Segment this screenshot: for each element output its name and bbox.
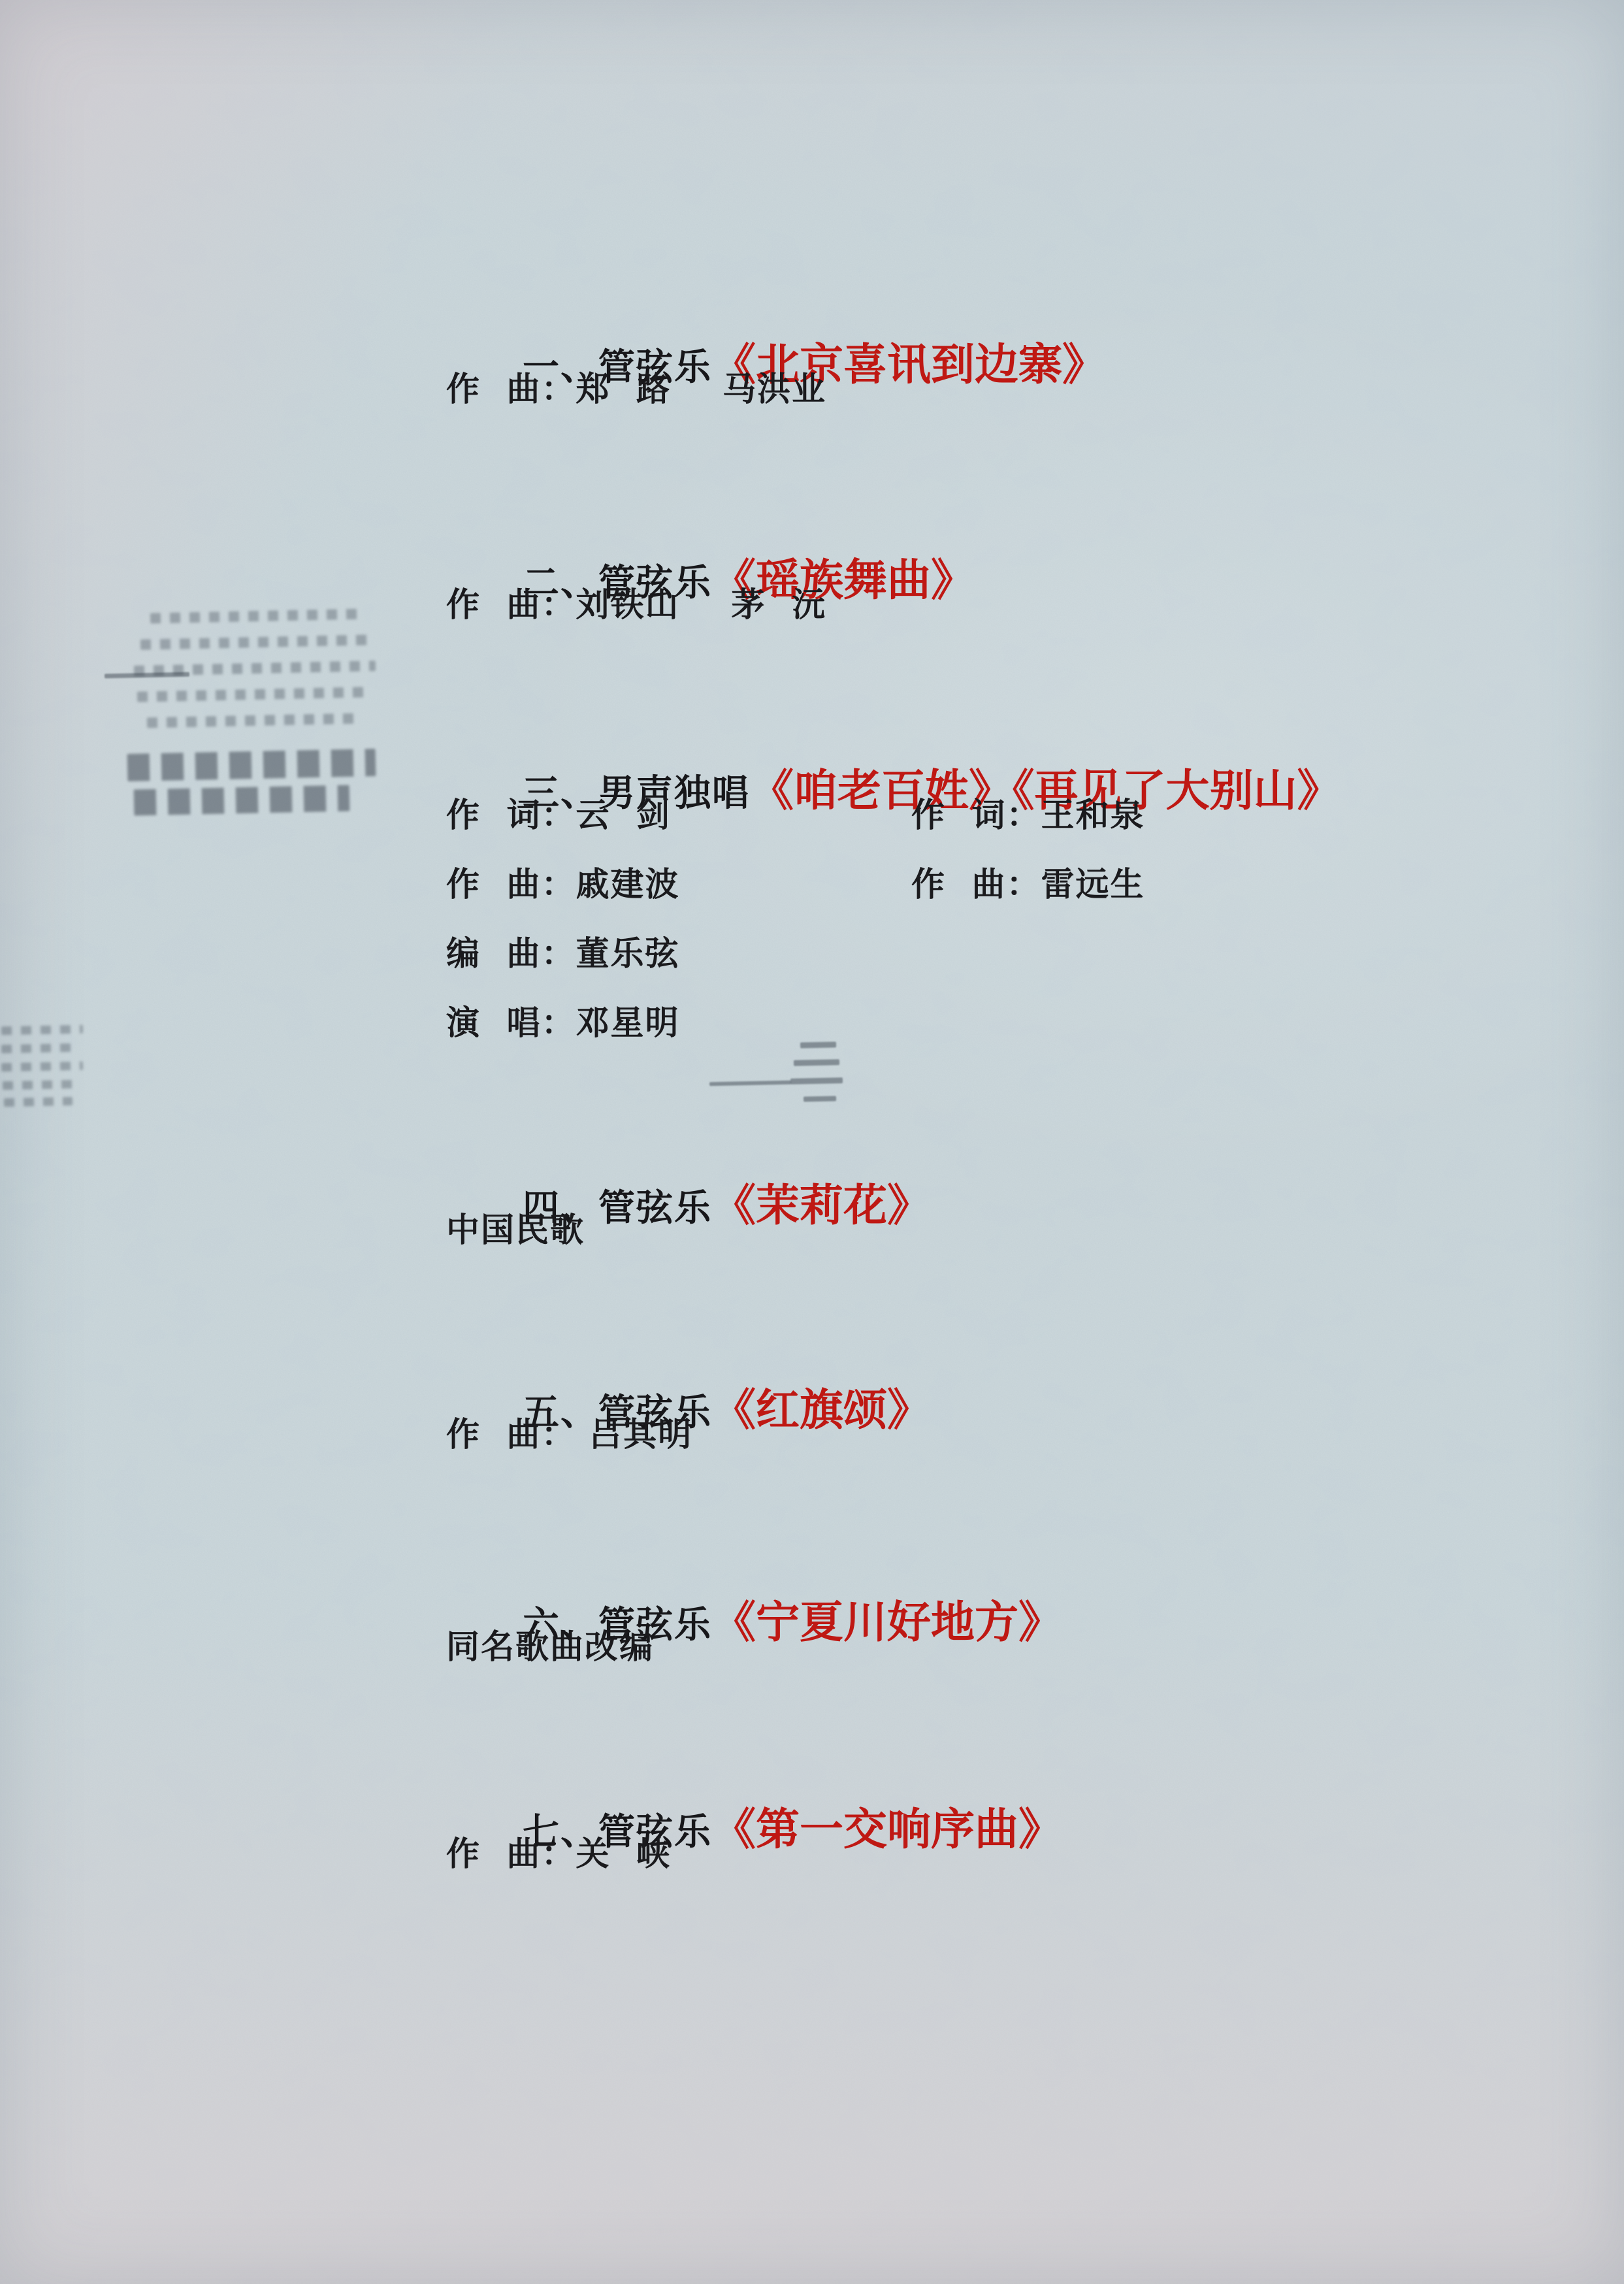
program-credit: 作 曲：郑 路 马洪业 (446, 369, 826, 410)
program-item: 三、男声独唱《咱老百姓》《再见了大别山》 作 词：云 剑作 词：王和泉作 曲：戚… (410, 722, 1340, 862)
program-title-line: 一、管弦乐《北京喜讯到边寨》 (410, 296, 1106, 436)
program-item: 七、管弦乐《第一交响序曲》 作 曲：关 峡 (410, 1761, 1062, 1901)
program-detail-row: 编 曲：董乐弦 (446, 934, 680, 974)
program-detail-row: 作 词：云 剑作 词：王和泉 (446, 795, 1145, 836)
program-credit: 演 唱：邓星明 (446, 1003, 680, 1043)
program-credit: 作 词：王和泉 (911, 795, 1145, 836)
program-page: 一、管弦乐《北京喜讯到边寨》 作 曲：郑 路 马洪业 二、管弦乐《瑶族舞曲》 作… (0, 0, 1624, 2284)
program-item: 五、管弦乐《红旗颂》 作 曲： 吕其明 (410, 1341, 931, 1481)
program-title-line: 五、管弦乐《红旗颂》 (410, 1341, 931, 1481)
program-credit: 作 曲：刘铁山 茅 沅 (446, 585, 826, 625)
program-list: 一、管弦乐《北京喜讯到边寨》 作 曲：郑 路 马洪业 二、管弦乐《瑶族舞曲》 作… (0, 0, 1624, 2284)
program-item: 一、管弦乐《北京喜讯到边寨》 作 曲：郑 路 马洪业 (410, 296, 1106, 436)
program-credit: 作 曲：关 峡 (446, 1834, 671, 1874)
program-credit: 编 曲：董乐弦 (446, 934, 680, 974)
program-title-line: 二、管弦乐《瑶族舞曲》 (410, 512, 975, 651)
program-credit: 作 曲： 吕其明 (446, 1414, 692, 1455)
program-item: 六、管弦乐《宁夏川好地方》 同名歌曲改编 (410, 1554, 1062, 1693)
program-title: 《宁夏川好地方》 (712, 1596, 1062, 1648)
program-title: 《茉莉花》 (712, 1179, 931, 1231)
program-detail-row: 作 曲：关 峡 (446, 1834, 671, 1874)
program-item: 四、管弦乐《茉莉花》 中国民歌 (410, 1137, 931, 1277)
program-detail-row: 中国民歌 (446, 1210, 585, 1250)
program-detail-row: 作 曲： 吕其明 (446, 1414, 692, 1455)
program-title: 《红旗颂》 (712, 1384, 931, 1435)
program-credit: 作 曲：戚建波 (446, 864, 911, 905)
program-title-line: 三、男声独唱《咱老百姓》《再见了大别山》 (410, 722, 1340, 862)
program-detail-row: 演 唱：邓星明 (446, 1003, 680, 1043)
program-title-line: 四、管弦乐《茉莉花》 (410, 1137, 931, 1277)
program-category: 管弦乐 (598, 1186, 712, 1230)
program-credit: 作 词：云 剑 (446, 795, 911, 836)
program-title-line: 七、管弦乐《第一交响序曲》 (410, 1761, 1062, 1901)
program-detail-row: 作 曲：刘铁山 茅 沅 (446, 585, 826, 625)
program-credit: 同名歌曲改编 (446, 1627, 654, 1667)
program-credit: 中国民歌 (446, 1210, 585, 1250)
program-credit: 作 曲：雷远生 (911, 864, 1145, 905)
program-detail-row: 同名歌曲改编 (446, 1627, 654, 1667)
program-title: 《第一交响序曲》 (712, 1803, 1062, 1855)
program-detail-row: 作 曲：郑 路 马洪业 (446, 369, 826, 410)
program-title-line: 六、管弦乐《宁夏川好地方》 (410, 1554, 1062, 1693)
program-detail-row: 作 曲：戚建波作 曲：雷远生 (446, 864, 1145, 905)
program-item: 二、管弦乐《瑶族舞曲》 作 曲：刘铁山 茅 沅 (410, 512, 975, 651)
